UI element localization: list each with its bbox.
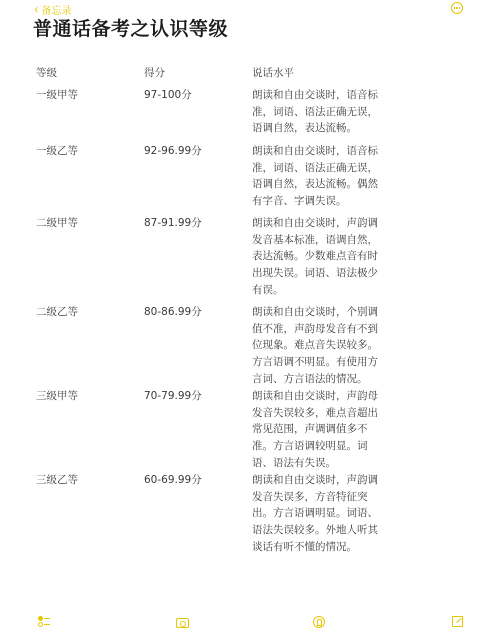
level-line: 常见范围，声调调值多不: [252, 421, 398, 438]
level-cell: 朗读和自由交谈时，个别调 值不准，声韵母发音有不到 位现象。难点音失误较多。 方…: [252, 304, 398, 388]
checklist-icon[interactable]: [38, 616, 52, 628]
note-title: 普通话备考之认识等级: [33, 14, 228, 41]
level-line: 朗读和自由交谈时，个别调: [252, 304, 398, 321]
level-line: 朗读和自由交谈时，声韵母: [252, 388, 398, 405]
grade-cell: 二级甲等: [36, 215, 144, 304]
level-line: 方言语调不明显。有使用方: [252, 354, 398, 371]
level-line: 发音失误较多，难点音超出: [252, 405, 398, 422]
level-cell: 朗读和自由交谈时，声韵母 发音失误较多，难点音超出 常见范围，声调调值多不 准。…: [252, 388, 398, 472]
table-row: 一级乙等 92-96.99分 朗读和自由交谈时，语音标 准，词语、语法正确无误，…: [36, 143, 398, 215]
grade-cell: 一级甲等: [36, 87, 144, 143]
ellipsis-dot: [459, 7, 461, 9]
level-line: 准，词语、语法正确无误，: [252, 104, 398, 121]
table-row: 二级甲等 87-91.99分 朗读和自由交谈时，声韵调 发音基本标准，语调自然，…: [36, 215, 398, 304]
level-line: 准。方言语调较明显。词: [252, 438, 398, 455]
level-line: 朗读和自由交谈时，声韵调: [252, 472, 398, 489]
level-line: 言词、方言语法的情况。: [252, 371, 398, 388]
level-line: 出现失误。词语、语法极少: [252, 265, 398, 282]
level-line: 发音失误多，方音特征突: [252, 489, 398, 506]
level-cell: 朗读和自由交谈时，声韵调 发音失误多，方音特征突 出。方言语调明显。词语、 语法…: [252, 472, 398, 556]
level-line: 准，词语、语法正确无误，: [252, 160, 398, 177]
level-line: 朗读和自由交谈时，语音标: [252, 87, 398, 104]
table-row: 一级甲等 97-100分 朗读和自由交谈时，语音标 准，词语、语法正确无误， 语…: [36, 87, 398, 143]
level-line: 有字音、字调失误。: [252, 193, 398, 210]
level-line: 朗读和自由交谈时，语音标: [252, 143, 398, 160]
level-line: 表达流畅。少数难点音有时: [252, 248, 398, 265]
level-line: 朗读和自由交谈时，声韵调: [252, 215, 398, 232]
level-line: 语调自然，表达流畅。: [252, 120, 398, 137]
score-cell: 70-79.99分: [144, 388, 252, 472]
ellipsis-icon: [454, 7, 456, 9]
level-line: 出。方言语调明显。词语、: [252, 505, 398, 522]
grade-cell: 二级乙等: [36, 304, 144, 388]
level-cell: 朗读和自由交谈时，声韵调 发音基本标准，语调自然， 表达流畅。少数难点音有时 出…: [252, 215, 398, 304]
grade-cell: 三级乙等: [36, 472, 144, 556]
level-cell: 朗读和自由交谈时，语音标 准，词语、语法正确无误， 语调自然，表达流畅。偶然 有…: [252, 143, 398, 215]
table-header: 等级 得分 说话水平: [36, 65, 398, 87]
level-line: 发音基本标准，语调自然，: [252, 232, 398, 249]
header-level: 说话水平: [252, 65, 398, 87]
score-cell: 80-86.99分: [144, 304, 252, 388]
level-cell: 朗读和自由交谈时，语音标 准，词语、语法正确无误， 语调自然，表达流畅。: [252, 87, 398, 143]
markup-icon[interactable]: [313, 616, 325, 628]
level-line: 有误。: [252, 282, 398, 299]
score-cell: 87-91.99分: [144, 215, 252, 304]
level-line: 语法失误较多。外地人听其: [252, 522, 398, 539]
grade-cell: 三级甲等: [36, 388, 144, 472]
ellipsis-dot: [456, 7, 458, 9]
score-cell: 97-100分: [144, 87, 252, 143]
table-row: 三级乙等 60-69.99分 朗读和自由交谈时，声韵调 发音失误多，方音特征突 …: [36, 472, 398, 556]
level-line: 语调自然，表达流畅。偶然: [252, 176, 398, 193]
table-row: 三级甲等 70-79.99分 朗读和自由交谈时，声韵母 发音失误较多，难点音超出…: [36, 388, 398, 472]
header-grade: 等级: [36, 65, 144, 87]
score-cell: 60-69.99分: [144, 472, 252, 556]
more-options-button[interactable]: [451, 2, 463, 14]
score-cell: 92-96.99分: [144, 143, 252, 215]
level-line: 语、语法有失误。: [252, 455, 398, 472]
grade-table: 等级 得分 说话水平 一级甲等 97-100分 朗读和自由交谈时，语音标 准，词…: [36, 65, 398, 556]
compose-icon[interactable]: [452, 616, 463, 627]
level-line: 位现象。难点音失误较多。: [252, 337, 398, 354]
camera-icon[interactable]: [176, 618, 189, 628]
header-score: 得分: [144, 65, 252, 87]
grade-cell: 一级乙等: [36, 143, 144, 215]
level-line: 谈话有听不懂的情况。: [252, 539, 398, 556]
level-line: 值不准，声韵母发音有不到: [252, 321, 398, 338]
table-row: 二级乙等 80-86.99分 朗读和自由交谈时，个别调 值不准，声韵母发音有不到…: [36, 304, 398, 388]
bottom-toolbar: [0, 612, 500, 632]
